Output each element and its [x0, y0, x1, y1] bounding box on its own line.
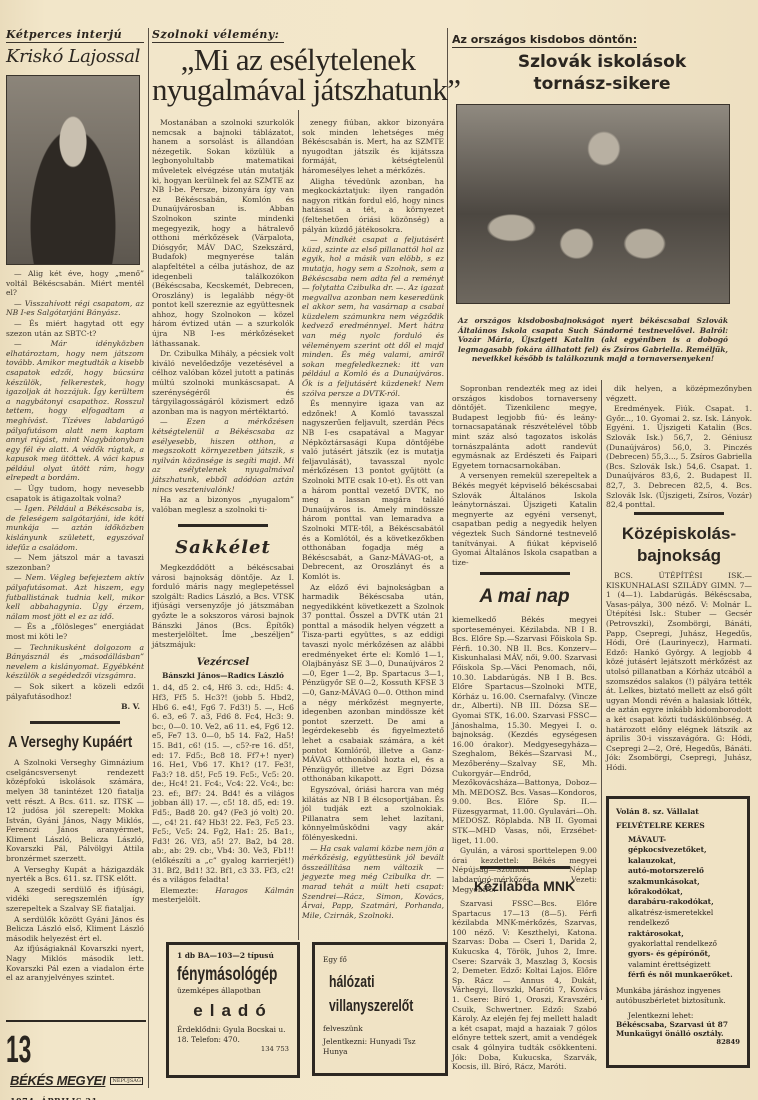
verseghy-title: A Verseghy Kupáért: [8, 732, 120, 754]
szolnok-article: Szolnoki vélemény: „Mi az esélytelenek n…: [152, 28, 444, 111]
paragraph: — Ezen a mérkőzésen kétségtelenül a Béké…: [152, 417, 294, 494]
volan-job-item: férfi és női munkaerőket.: [628, 970, 740, 980]
ad-elec-line4: felveszünk: [323, 1024, 437, 1033]
paragraph: — Igen. Például a Békéscsaba is, de fele…: [6, 504, 144, 552]
volan-benefit: Munkába járáshoz ingyenes autóbuszbérlet…: [616, 986, 740, 1006]
interview-body: — Alig két éve, hogy „menő” voltál Békés…: [6, 269, 144, 701]
ad-copier-contact: Érdeklődni: Gyula Bocskai u. 18. Telefon…: [177, 1025, 289, 1045]
paragraph: Az ifjúságiaknál Kovarszki nyert, Nagy M…: [6, 944, 144, 982]
paragraph: — Nem játszol már a tavaszi szezonban?: [6, 553, 144, 572]
ad-copier-product: fénymásológép: [177, 964, 289, 986]
chess-annotator: Elemezte: Haragos Kálmán mesterjelölt.: [152, 886, 294, 905]
paragraph: Az előző évi bajnokságban a harmadik Bék…: [302, 583, 444, 784]
szolnok-col-2: zenegy fiúban, akkor bizonyára sok minde…: [302, 118, 444, 921]
handball-section: Kézilabda MNK Szarvasi FSSC—Bcs. Előre S…: [452, 866, 597, 1073]
ad-elec-line1: Egy fő: [323, 955, 437, 964]
chess-opening: Vezércsel: [152, 657, 294, 668]
handball-title: Kézilabda MNK: [452, 877, 597, 895]
ad-copier-action: eladó: [177, 1001, 289, 1021]
mai-nap-title: A mai nap: [452, 585, 597, 609]
page-number: 13: [6, 1030, 22, 1070]
ad-copier-code: 134 753: [177, 1045, 289, 1053]
volan-apply-label: Jelentkezni lehet:: [628, 1011, 740, 1020]
volan-job-item: darabáru-rakodókat,: [628, 897, 740, 907]
paragraph: dik helyen, a középmezőnyben végzett.: [606, 384, 752, 403]
paragraph: — Úgy tudom, hogy nevesebb csapatok is á…: [6, 484, 144, 503]
column-divider: [148, 28, 149, 1088]
paragraph: Ha az a bizonyos „nyugalom” valóban megl…: [152, 495, 294, 514]
chess-article: Sakkélet Megkezdődött a békéscsabai váro…: [152, 524, 294, 906]
mai-nap-text: kiemelkedő Békés megyei sporteseményei. …: [452, 615, 597, 845]
section-rule: [634, 512, 724, 515]
interview-title: Kriskó Lajossal: [6, 45, 144, 69]
volan-job-item: autó-motorszerelő szakmunkásokat,: [628, 866, 740, 887]
paper-name: BÉKÉS MEGYEI: [10, 1073, 105, 1088]
paragraph: A Szolnoki Verseghy Gimnázium cselgáncsv…: [6, 758, 144, 864]
gymnastics-col-2: dik helyen, a középmezőnyben végzett.Ere…: [606, 384, 752, 511]
verseghy-body: A Szolnoki Verseghy Gimnázium cselgáncsv…: [6, 758, 144, 983]
ad-volan-hiring: Volán 8. sz. Vállalat FELVÉTELRE KERES M…: [606, 796, 750, 1068]
paragraph: — Ha csak valami közbe nem jön a mérkőzé…: [302, 844, 444, 921]
szolnok-col-1: Mostanában a szolnoki szurkolók nemcsak …: [152, 118, 294, 515]
volan-job-item: valamint érettségizett: [628, 960, 740, 970]
paragraph: — Nem. Végleg befejeztem aktív pályafutá…: [6, 573, 144, 621]
paragraph: zenegy fiúban, akkor bizonyára sok minde…: [302, 118, 444, 176]
volan-job-item: alkatrész-ismeretekkel rendelkező: [628, 908, 740, 929]
volan-headline: FELVÉTELRE KERES: [616, 821, 740, 830]
volan-job-item: MÁVAUT-gépkocsivezetőket,: [628, 835, 740, 856]
interview-article: Kétperces interjú Kriskó Lajossal — Alig…: [6, 28, 144, 984]
volan-job-list: MÁVAUT-gépkocsivezetőket,kalauzokat,autó…: [616, 835, 740, 981]
ad-elec-line3: villanyszerelőt: [329, 996, 413, 1016]
szolnok-headline: „Mi az esélytelenek nyugalmával játszhat…: [152, 45, 444, 105]
volan-code: 82849: [616, 1038, 740, 1046]
mai-nap-section: A mai nap kiemelkedő Békés megyei sporte…: [452, 572, 597, 895]
interview-kicker: Kétperces interjú: [6, 28, 144, 43]
ad-elec-contact: Jelentkezni: Hunyadi Tsz Hunya: [323, 1037, 437, 1057]
volan-job-item: gyors- és gépírónőt,: [628, 949, 740, 959]
volan-job-item: kalauzokat,: [628, 856, 740, 866]
headline-line-1: „Mi az esélytelenek: [152, 45, 444, 75]
handball-text: Szarvasi FSSC—Bcs. Előre Spartacus 17—13…: [452, 899, 597, 1072]
paragraph: — Sok sikert a közeli edzői pályafutásod…: [6, 682, 144, 701]
section-rule: [30, 721, 120, 724]
paragraph: Aligha tévedünk azonban, ha megkockáztat…: [302, 177, 444, 235]
gymnastics-col-1: Sopronban rendezték meg az idei országos…: [452, 384, 597, 568]
paragraph: — És a „fölösleges” energiádat most mi k…: [6, 622, 144, 641]
volan-address-2: Munkaügyi önálló osztály.: [616, 1029, 740, 1038]
section-rule: [178, 524, 268, 527]
paper-sub: NÉPÚJSÁG: [110, 1077, 142, 1085]
volan-company: Volán 8. sz. Vállalat: [616, 807, 740, 816]
chess-title: Sakkélet: [152, 537, 294, 559]
section-rule: [480, 572, 570, 575]
school-champ-title: Középiskolás- bajnokság: [606, 523, 752, 567]
volan-job-item: gyakorlattal rendelkező: [628, 939, 740, 949]
column-divider: [601, 380, 602, 1000]
ad-electrician-wanted: Egy fő hálózati villanyszerelőt felveszü…: [312, 942, 448, 1076]
masthead-footer: 13 BÉKÉS MEGYEI NÉPÚJSÁG 1974. ÁPRILIS 2…: [6, 1020, 146, 1100]
headline-line-2: nyugalmával játszhatunk”: [152, 75, 444, 105]
paragraph: A serdülők között Gyáni János és Belicza…: [6, 915, 144, 944]
volan-address-1: Békéscsaba, Szarvasi út 87: [616, 1020, 740, 1029]
school-champ-section: Középiskolás- bajnokság BCS. ÚTÉPÍTÉSI I…: [606, 512, 752, 773]
paragraph: Mostanában a szolnoki szurkolók nemcsak …: [152, 118, 294, 348]
ad-elec-line2: hálózati: [329, 972, 375, 992]
ad-copier-line1: 1 db BA—103—2 típusú: [177, 951, 289, 960]
newspaper-page: Kétperces interjú Kriskó Lajossal — Alig…: [0, 0, 758, 1100]
school-champ-text: BCS. ÚTÉPÍTÉSI ISK.—KISKUNHALASI SZILÁDY…: [606, 571, 752, 772]
ad-copier-for-sale: 1 db BA—103—2 típusú fénymásológép üzemk…: [166, 942, 300, 1078]
paragraph: — Alig két éve, hogy „menő” voltál Békés…: [6, 269, 144, 298]
gymnastics-caption: Az országos kisdobosbajnokságot nyert bé…: [458, 316, 728, 364]
paragraph: Sopronban rendezték meg az idei országos…: [452, 384, 597, 470]
paragraph: A Verseghy Kupát a házigazdák nyerték a …: [6, 865, 144, 884]
paragraph: — És miért hagytad ott egy szezon után a…: [6, 319, 144, 338]
issue-date: 1974. ÁPRILIS 21.: [10, 1096, 101, 1100]
paragraph: — Visszahívott régi csapatom, az NB I-es…: [6, 299, 144, 318]
column-divider: [298, 110, 299, 940]
portrait-photo: [6, 75, 140, 265]
paragraph: — Mindkét csapat a feljutásért küzd, szi…: [302, 235, 444, 398]
gymnastics-kicker: Az országos kisdobos döntőn:: [452, 33, 637, 48]
paragraph: — Technikusként dolgozom a Bányásznál és…: [6, 643, 144, 681]
paragraph: Dr. Czibulka Mihály, a pécsiek volt kivá…: [152, 349, 294, 416]
paragraph: Eredmények. Fiúk. Csapat. 1. Győr..., 10…: [606, 404, 752, 510]
szolnok-kicker: Szolnoki vélemény:: [152, 28, 284, 43]
section-rule: [480, 866, 570, 869]
chess-moves: 1. d4, d5 2. c4, Hf6 3. cd:, Hd5: 4. Hf3…: [152, 683, 294, 884]
volan-job-item: raktárosokat,: [628, 929, 740, 939]
chess-players: Bánszki János—Radics László: [152, 671, 294, 680]
gymnasts-photo: [456, 104, 730, 304]
paragraph: Egyszóval, óriási harcra van még kilátás…: [302, 785, 444, 843]
paragraph: A versenyen remekül szerepeltek a Békés …: [452, 471, 597, 567]
gymnastics-headline: Szlovák iskolások tornász-sikere: [452, 51, 752, 95]
ad-copier-condition: üzemképes állapotban: [177, 986, 289, 995]
paragraph: A szegedi serdülő és ifjúsági, vidéki se…: [6, 885, 144, 914]
paragraph: — Már idényközben elhatároztam, hogy nem…: [6, 339, 144, 483]
interview-signature: B. V.: [6, 702, 144, 711]
volan-job-item: kőrakodókat,: [628, 887, 740, 897]
column-divider: [447, 28, 448, 1038]
paragraph: És mennyire igaza van az edzőnek! A Koml…: [302, 399, 444, 581]
gymnastics-article: Az országos kisdobos döntőn: Szlovák isk…: [452, 28, 752, 99]
chess-intro: Megkezdődött a békéscsabai városi bajnok…: [152, 563, 294, 649]
